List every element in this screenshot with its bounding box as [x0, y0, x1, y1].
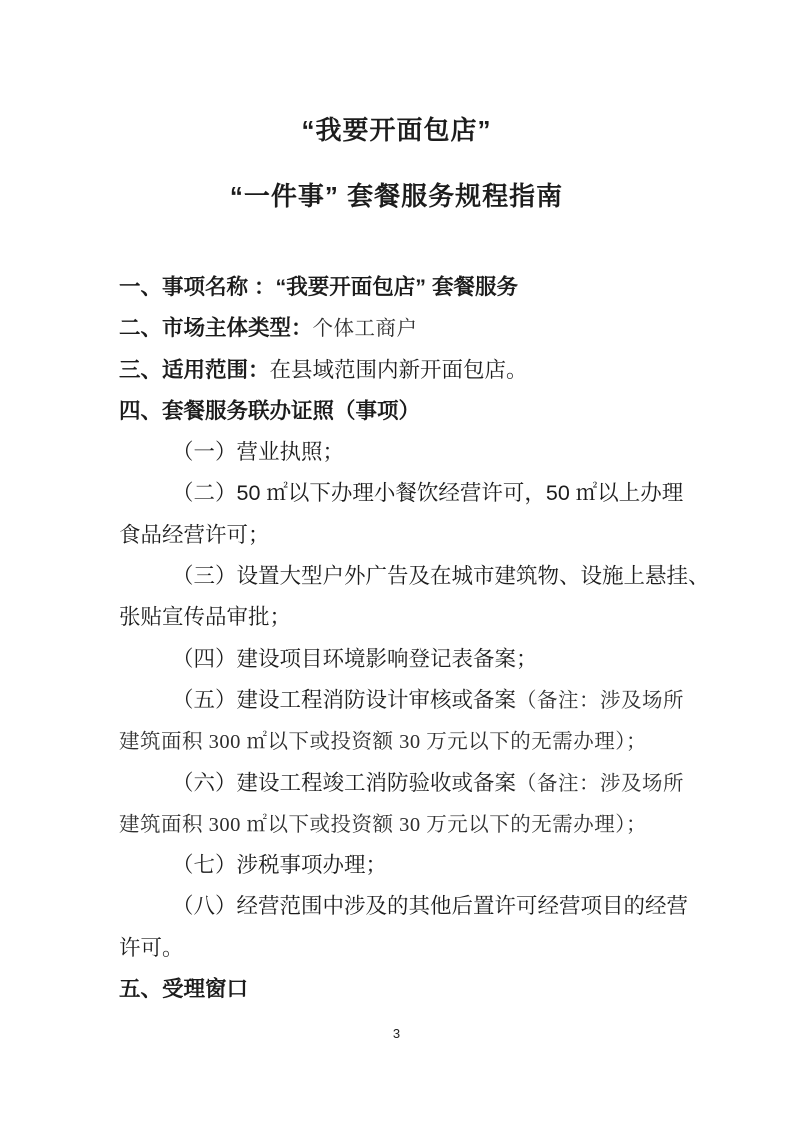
doc-line-item-name: 一、事项名称 ：“我要开面包店” 套餐服务 [119, 267, 681, 308]
line-label: 二、市场主体类型： [119, 316, 313, 340]
line-label: 三、适用范围： [119, 358, 270, 382]
line-text: 五、受理窗口 [119, 977, 248, 1001]
line-text: （五）建设工程消防设计审核或备案 [172, 688, 516, 712]
line-note: （备注：涉及场所 [516, 690, 684, 712]
doc-line-sub-2-cont: 食品经营许可； [119, 515, 681, 556]
doc-line-sub-7: （七）涉税事项办理； [119, 845, 681, 886]
line-value: 个体工商户 [313, 318, 418, 340]
line-note: 建筑面积 300 ㎡以下或投资额 30 万元以下的无需办理）； [119, 731, 647, 753]
doc-line-scope: 三、适用范围：在县域范围内新开面包店。 [119, 350, 681, 391]
doc-line-section-5: 五、受理窗口 [119, 969, 681, 1010]
doc-line-sub-5: （五）建设工程消防设计审核或备案（备注：涉及场所 [119, 680, 681, 721]
page-number: 3 [0, 1026, 793, 1041]
line-text: 许可。 [119, 936, 184, 960]
document-title: “我要开面包店” [0, 110, 793, 147]
doc-line-sub-1: （一）营业执照； [119, 432, 681, 473]
doc-line-sub-3: （三）设置大型户外广告及在城市建筑物、设施上悬挂、 [119, 556, 681, 597]
line-text: （八）经营范围中涉及的其他后置许可经营项目的经营 [172, 894, 688, 918]
document-body: 一、事项名称 ：“我要开面包店” 套餐服务 二、市场主体类型：个体工商户 三、适… [119, 267, 681, 1010]
doc-line-sub-6-cont: 建筑面积 300 ㎡以下或投资额 30 万元以下的无需办理）； [119, 804, 681, 845]
doc-line-section-4: 四、套餐服务联办证照（事项） [119, 391, 681, 432]
doc-line-entity-type: 二、市场主体类型：个体工商户 [119, 308, 681, 349]
doc-line-sub-8-cont: 许可。 [119, 928, 681, 969]
doc-line-sub-2: （二）50 ㎡以下办理小餐饮经营许可，50 ㎡以上办理 [119, 473, 681, 514]
line-note: 建筑面积 300 ㎡以下或投资额 30 万元以下的无需办理）； [119, 814, 647, 836]
document-subtitle: “一件事” 套餐服务规程指南 [0, 176, 793, 213]
line-text: 食品经营许可； [119, 523, 270, 547]
doc-line-sub-3-cont: 张贴宣传品审批； [119, 597, 681, 638]
line-text: （二）50 ㎡以下办理小餐饮经营许可，50 ㎡以上办理 [172, 481, 683, 505]
line-text: （三）设置大型户外广告及在城市建筑物、设施上悬挂、 [172, 564, 710, 588]
line-text: （六）建设工程竣工消防验收或备案 [172, 771, 516, 795]
line-text: （一）营业执照； [172, 440, 344, 464]
line-value: 在县域范围内新开面包店。 [270, 358, 528, 382]
line-text: （七）涉税事项办理； [172, 853, 387, 877]
doc-line-sub-5-cont: 建筑面积 300 ㎡以下或投资额 30 万元以下的无需办理）； [119, 721, 681, 762]
doc-line-sub-6: （六）建设工程竣工消防验收或备案（备注：涉及场所 [119, 763, 681, 804]
line-text: 一、事项名称 ：“我要开面包店” 套餐服务 [119, 275, 518, 299]
doc-line-sub-4: （四）建设项目环境影响登记表备案； [119, 639, 681, 680]
document-page: “我要开面包店” “一件事” 套餐服务规程指南 一、事项名称 ：“我要开面包店”… [0, 0, 793, 1122]
line-text: （四）建设项目环境影响登记表备案； [172, 647, 538, 671]
doc-line-sub-8: （八）经营范围中涉及的其他后置许可经营项目的经营 [119, 886, 681, 927]
line-text: 四、套餐服务联办证照（事项） [119, 399, 420, 423]
line-text: 张贴宣传品审批； [119, 605, 291, 629]
line-note: （备注：涉及场所 [516, 773, 684, 795]
